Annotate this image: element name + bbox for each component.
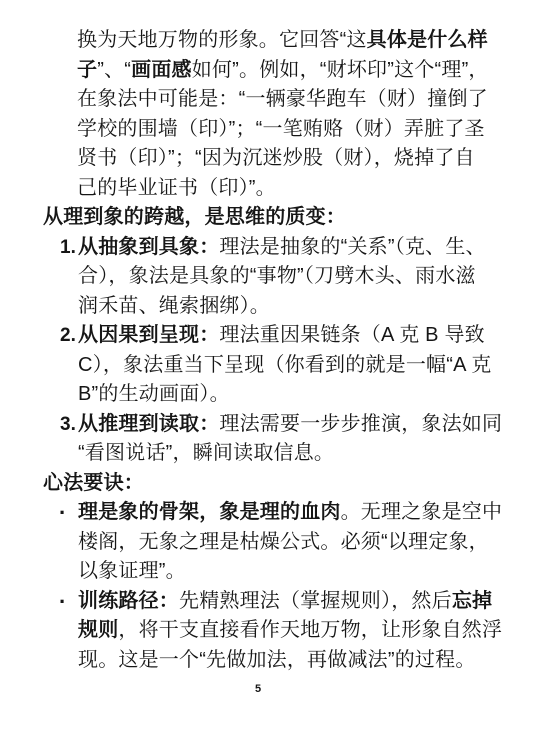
text-segment: 具体是什么样 [367,29,488,51]
text-segment: ，将干支直接看作天地万物，让形象自然浮 [118,619,502,641]
text-segment: 子 [77,59,97,81]
text-line: C），象法重当下呈现（你看到的就是一幅“A 克 [78,351,536,381]
text-segment: 以象证理”。 [78,560,186,582]
text-segment: C），象法重当下呈现（你看到的就是一幅“A 克 [78,354,492,376]
text-line: 理是象的骨架，象是理的血肉。无理之象是空中 [78,498,536,528]
bullet-marker: · [59,587,66,617]
text-line: “看图说话”，瞬间读取信息。 [78,439,536,469]
text-line: 己的毕业证书（印）”。 [77,174,536,204]
text-segment: 训练路径： [78,590,179,612]
text-line: 现。这是一个“先做加法，再做减法”的过程。 [78,646,536,676]
text-line: 规则，将干支直接看作天地万物，让形象自然浮 [78,616,536,646]
text-segment: 画面感 [131,59,192,81]
text-segment: 如何”。例如，“财坏印”这个“理”， [192,59,489,81]
text-segment: 心法要诀： [43,472,144,494]
text-line: 学校的围墙（印）”；“一笔贿赂（财）弄脏了圣 [77,115,536,145]
text-segment: 理法需要一步步推演，象法如同 [219,413,502,435]
text-line: 从因果到呈现：理法重因果链条（A 克 B 导致 [78,321,536,351]
text-line: 子”、“画面感如何”。例如，“财坏印”这个“理”， [77,56,536,86]
bullet-item: ·理是象的骨架，象是理的血肉。无理之象是空中楼阁，无象之理是枯燥公式。必须“以理… [0,498,536,587]
text-line: B”的生动画面）。 [78,380,536,410]
text-segment: 楼阁，无象之理是枯燥公式。必须“以理定象， [78,531,489,553]
text-segment: 合），象法是具象的“事物”（刀劈木头、雨水滋 [78,265,476,287]
document-page: 换为天地万物的形象。它回答“这具体是什么样子”、“画面感如何”。例如，“财坏印”… [0,0,536,734]
text-segment: 理法重因果链条（A 克 B 导致 [219,324,484,346]
text-segment: 现。这是一个“先做加法，再做减法”的过程。 [78,649,476,671]
text-line: 楼阁，无象之理是枯燥公式。必须“以理定象， [78,528,536,558]
text-segment: 先精熟理法（掌握规则），然后 [179,590,452,612]
list-number-marker: 1. [60,233,76,263]
text-line: 从理到象的跨越，是思维的质变： [43,203,536,233]
text-line: 从推理到读取：理法需要一步步推演，象法如同 [78,410,536,440]
bullet-marker: · [59,498,66,528]
text-segment: 从因果到呈现： [78,324,219,346]
text-segment: 理法是抽象的“关系”（克、生、 [219,236,485,258]
text-segment: 从抽象到具象： [78,236,219,258]
section-heading: 从理到象的跨越，是思维的质变： [0,203,536,233]
text-segment: 理是象的骨架，象是理的血肉 [78,501,341,523]
text-segment: 贤书（印）”；“因为沉迷炒股（财），烧掉了自 [77,147,475,169]
text-line: 合），象法是具象的“事物”（刀劈木头、雨水滋 [78,262,536,292]
text-segment: 。无理之象是空中 [341,501,503,523]
text-line: 心法要诀： [43,469,536,499]
text-line: 换为天地万物的形象。它回答“这具体是什么样 [77,26,536,56]
text-line: 润禾苗、绳索捆绑）。 [78,292,536,322]
text-segment: 规则 [78,619,118,641]
text-segment: “看图说话”，瞬间读取信息。 [78,442,334,464]
numbered-item: 3.从推理到读取：理法需要一步步推演，象法如同“看图说话”，瞬间读取信息。 [0,410,536,469]
section-heading: 心法要诀： [0,469,536,499]
list-number-marker: 2. [60,321,76,351]
numbered-item: 2.从因果到呈现：理法重因果链条（A 克 B 导致C），象法重当下呈现（你看到的… [0,321,536,410]
numbered-item: 1.从抽象到具象：理法是抽象的“关系”（克、生、合），象法是具象的“事物”（刀劈… [0,233,536,322]
text-segment: 学校的围墙（印）”；“一笔贿赂（财）弄脏了圣 [77,118,485,140]
page-number: 5 [0,683,516,695]
text-line: 从抽象到具象：理法是抽象的“关系”（克、生、 [78,233,536,263]
text-line: 在象法中可能是：“一辆豪华跑车（财）撞倒了 [77,85,536,115]
text-line: 以象证理”。 [78,557,536,587]
text-segment: 从推理到读取： [78,413,219,435]
text-segment: 润禾苗、绳索捆绑）。 [78,295,270,317]
bullet-item: ·训练路径：先精熟理法（掌握规则），然后忘掉规则，将干支直接看作天地万物，让形象… [0,587,536,676]
text-segment: B”的生动画面）。 [78,383,230,405]
text-segment: 忘掉 [452,590,492,612]
text-segment: 从理到象的跨越，是思维的质变： [43,206,346,228]
paragraph: 换为天地万物的形象。它回答“这具体是什么样子”、“画面感如何”。例如，“财坏印”… [0,26,536,203]
text-segment: 己的毕业证书（印）”。 [77,177,276,199]
text-segment: 在象法中可能是：“一辆豪华跑车（财）撞倒了 [77,88,488,110]
text-line: 贤书（印）”；“因为沉迷炒股（财），烧掉了自 [77,144,536,174]
text-segment: 换为天地万物的形象。它回答“这 [77,29,367,51]
text-line: 训练路径：先精熟理法（掌握规则），然后忘掉 [78,587,536,617]
list-number-marker: 3. [60,410,76,440]
text-segment: ”、“ [97,59,131,81]
document-content: 换为天地万物的形象。它回答“这具体是什么样子”、“画面感如何”。例如，“财坏印”… [0,0,536,675]
